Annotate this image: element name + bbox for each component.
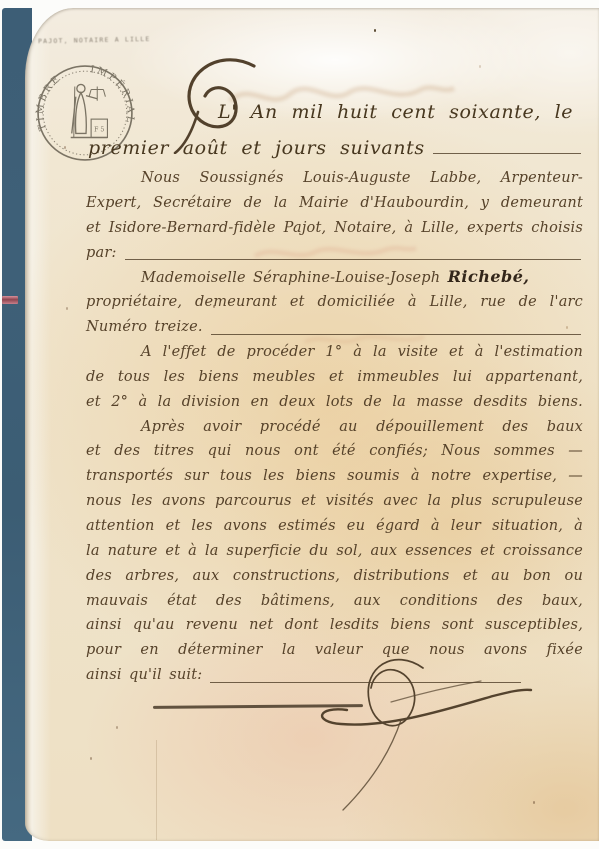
- timbre-denomination: F 5: [94, 126, 104, 133]
- deed-text-line: attention et les avons estimés eu égard …: [86, 514, 583, 539]
- timbre-text-right: IMPÉRIAL: [90, 64, 136, 126]
- deed-text-line: la nature et à la superficie du sol, aux…: [86, 539, 583, 564]
- paper-speckles: [374, 29, 376, 32]
- deed-text-line: ainsi qu'au revenu net dont lesdits bien…: [86, 613, 583, 638]
- opening-line-2: premier août et jours suivants: [88, 137, 583, 159]
- svg-text:TIMBRE: TIMBRE: [35, 73, 64, 132]
- deed-text-fragment: Mademoiselle Séraphine-Louise-Joseph: [141, 270, 448, 286]
- deed-text-line: et des titres qui nous ont été confiés; …: [86, 439, 583, 464]
- binding-thread-mark: [2, 296, 18, 304]
- filler-rule: [433, 153, 581, 154]
- deed-text-fragment: Numéro treize.: [86, 315, 203, 340]
- opening-line-2-text: premier août et jours suivants: [88, 137, 425, 159]
- opening-line-1-text: L' An mil huit cent soixante, le: [218, 101, 573, 123]
- deed-text-line: propriétaire, demeurant et domiciliée à …: [86, 290, 583, 315]
- deed-text-line: Nous Soussignés Louis-Auguste Labbe, Arp…: [86, 166, 583, 191]
- fold-crease: [156, 740, 157, 840]
- deed-text-line: de tous les biens meubles et immeubles l…: [86, 365, 583, 390]
- timbre-text-left: TIMBRE: [35, 73, 64, 132]
- deed-text-line: par:: [86, 241, 583, 266]
- deed-text-fragment: par:: [86, 241, 117, 266]
- deed-text-fragment: ainsi qu'il suit:: [86, 663, 202, 688]
- deed-text-line: et Isidore-Bernard-fidèle Pajot, Notaire…: [86, 216, 583, 241]
- deed-text-line: Numéro treize.: [86, 315, 583, 340]
- deed-text-line: nous les avons parcourus et visités avec…: [86, 489, 583, 514]
- deed-text-line: Après avoir procédé au dépouillement des…: [86, 415, 583, 440]
- deed-text-line: transportés sur tous les biens soumis à …: [86, 464, 583, 489]
- signature-flourish: [295, 646, 545, 816]
- deed-text-line: mauvais état des bâtimens, aux condition…: [86, 589, 583, 614]
- svg-text:IMPÉRIAL: IMPÉRIAL: [90, 64, 136, 126]
- filler-rule: [211, 334, 581, 335]
- filler-rule: [125, 259, 581, 260]
- deed-text-line: A l'effet de procéder 1° à la visite et …: [86, 340, 583, 365]
- party-name-highlight: Richebé,: [448, 267, 530, 286]
- deed-text-line: et 2° à la division en deux lots de la m…: [86, 390, 583, 415]
- deed-body-text: Nous Soussignés Louis-Auguste Labbe, Arp…: [86, 166, 583, 688]
- opening-line-1: L' An mil huit cent soixante, le: [218, 101, 583, 123]
- deed-text-line: des arbres, aux constructions, distribut…: [86, 564, 583, 589]
- deed-text-line: Mademoiselle Séraphine-Louise-Joseph Ric…: [86, 265, 583, 290]
- deed-text-line: Expert, Secrétaire de la Mairie d'Haubou…: [86, 191, 583, 216]
